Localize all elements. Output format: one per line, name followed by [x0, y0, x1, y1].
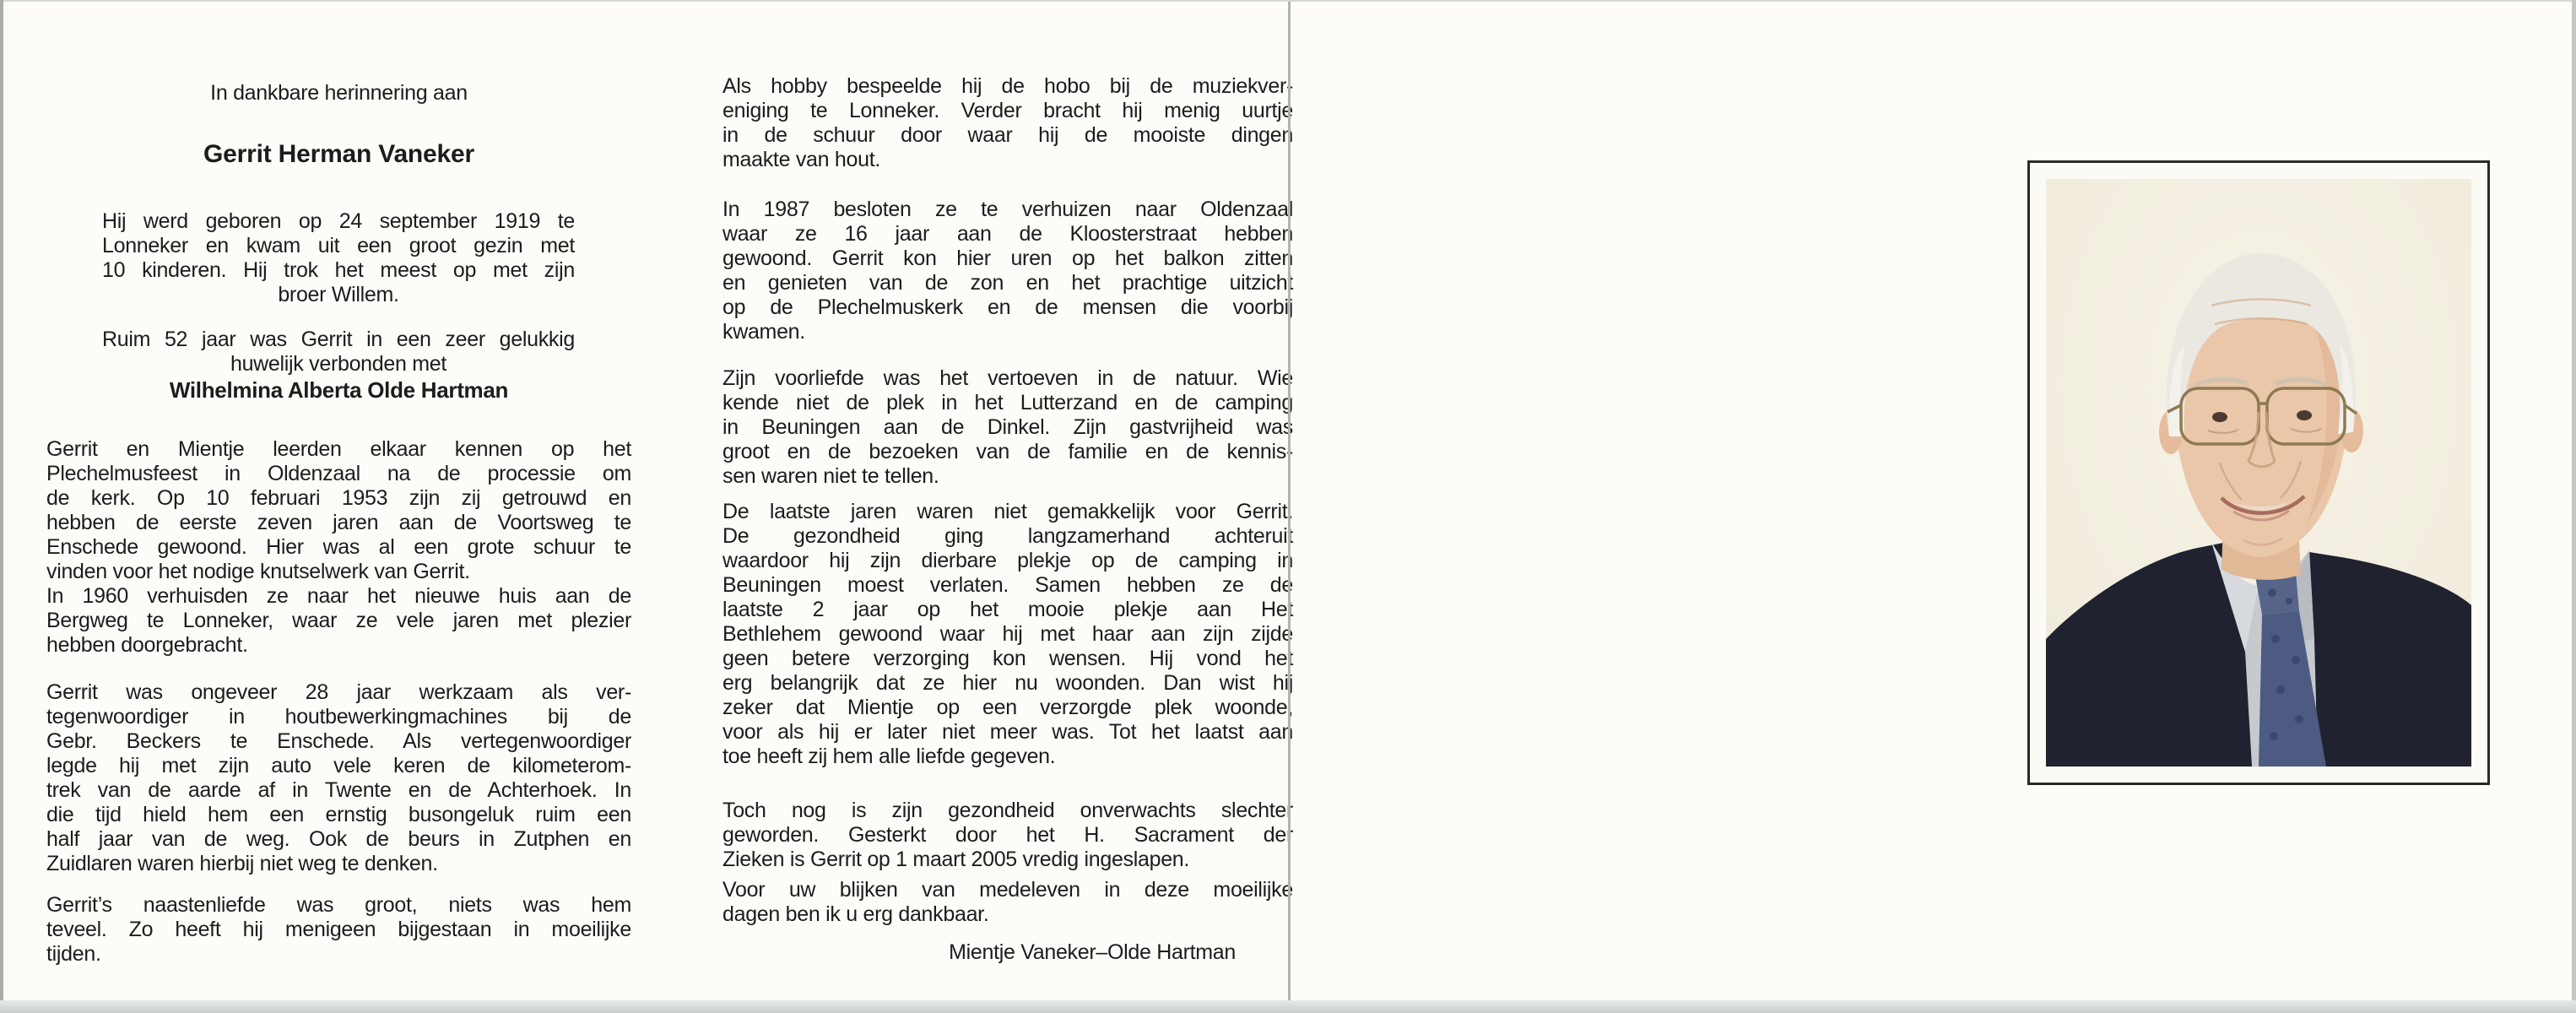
text-line: Enschede gewoond. Hier was al een grote …: [46, 535, 631, 560]
text-line: in de schuur door waar hij de mooiste di…: [722, 123, 1293, 148]
middle-text-column: Als hobby bespeelde hij de hobo bij de m…: [722, 0, 1293, 1013]
text-line: erg belangrijk dat ze hier nu woonden. D…: [722, 671, 1293, 696]
signature: Mientje Vaneker–Olde Hartman: [722, 940, 1293, 965]
text-line: trek van de aarde af in Twente en de Ach…: [46, 778, 631, 803]
text-line: maakte van hout.: [722, 148, 1293, 172]
text-line: sen waren niet te tellen.: [722, 464, 1293, 489]
memorial-paragraph: In 1987 besloten ze te verhuizen naar Ol…: [722, 198, 1293, 344]
text-line: huwelijk verbonden met: [102, 352, 575, 376]
text-line: Bergweg te Lonneker, waar ze vele jaren …: [46, 609, 631, 633]
text-line: tijden.: [46, 942, 631, 967]
text-line: Lonneker en kwam uit een groot gezin met: [102, 234, 575, 258]
memorial-paragraph: Gerrit’s naastenliefde was groot, niets …: [46, 893, 631, 967]
intro-line: In dankbare herinnering aan: [46, 81, 631, 106]
text-line: dagen ben ik u erg dankbaar.: [722, 902, 1293, 927]
text-line: Ruim 52 jaar was Gerrit in een zeer gelu…: [102, 328, 575, 352]
text-line: Hij werd geboren op 24 september 1919 te: [102, 209, 575, 234]
text-line: de kerk. Op 10 februari 1953 zijn zij ge…: [46, 486, 631, 511]
text-line: broer Willem.: [102, 283, 575, 307]
text-line: Plechelmusfeest in Oldenzaal na de proce…: [46, 462, 631, 486]
text-line: gewoond. Gerrit kon hier uren op het bal…: [722, 246, 1293, 271]
text-line: op de Plechelmuskerk en de mensen die vo…: [722, 295, 1293, 320]
text-line: geen betere verzorging kon wensen. Hij v…: [722, 647, 1293, 671]
text-line: Zieken is Gerrit op 1 maart 2005 vredig …: [722, 848, 1293, 872]
text-line: Toch nog is zijn gezondheid onverwachts …: [722, 799, 1293, 823]
memorial-paragraph: Zijn voorliefde was het vertoeven in de …: [722, 366, 1293, 489]
scan-edge-right: [2572, 0, 2576, 1013]
text-line: Gerrit en Mientje leerden elkaar kennen …: [46, 437, 631, 462]
text-line: Voor uw blijken van medeleven in deze mo…: [722, 878, 1293, 902]
text-line: geworden. Gesterkt door het H. Sacrament…: [722, 823, 1293, 848]
scan-edge-top: [0, 0, 2576, 2]
portrait-illustration: [2046, 179, 2471, 767]
marriage-paragraph: Ruim 52 jaar was Gerrit in een zeer gelu…: [102, 328, 575, 376]
text-line: hebben de eerste zeven jaren aan de Voor…: [46, 511, 631, 535]
text-line: Bethlehem gewoond waar hij met haar aan …: [722, 622, 1293, 647]
text-line: waar ze 16 jaar aan de Kloosterstraat he…: [722, 222, 1293, 246]
text-line: teveel. Zo heeft hij menigeen bijgestaan…: [46, 918, 631, 942]
memorial-paragraph: De laatste jaren waren niet gemakkelijk …: [722, 500, 1293, 769]
text-line: In 1987 besloten ze te verhuizen naar Ol…: [722, 198, 1293, 222]
text-line: In 1960 verhuisden ze naar het nieuwe hu…: [46, 584, 631, 609]
memorial-card-scan: In dankbare herinnering aan Gerrit Herma…: [0, 0, 2576, 1013]
text-line: laatste 2 jaar op het mooie plekje aan H…: [722, 598, 1293, 622]
memorial-paragraph: Gerrit en Mientje leerden elkaar kennen …: [46, 437, 631, 584]
text-line: Gerrit’s naastenliefde was groot, niets …: [46, 893, 631, 918]
text-line: 10 kinderen. Hij trok het meest op met z…: [102, 258, 575, 283]
deceased-name: Gerrit Herman Vaneker: [46, 142, 631, 166]
text-line: zeker dat Mientje op een verzorgde plek …: [722, 696, 1293, 720]
text-line: groot en de bezoeken van de familie en d…: [722, 440, 1293, 464]
text-line: Als hobby bespeelde hij de hobo bij de m…: [722, 74, 1293, 99]
text-line: vinden voor het nodige knutselwerk van G…: [46, 560, 631, 584]
text-line: eniging te Lonneker. Verder bracht hij m…: [722, 99, 1293, 123]
text-line: voor als hij er later niet meer was. Tot…: [722, 720, 1293, 745]
memorial-paragraph: Gerrit was ongeveer 28 jaar werkzaam als…: [46, 680, 631, 876]
text-line: waardoor hij zijn dierbare plekje op de …: [722, 549, 1293, 573]
text-line: Gebr. Beckers te Enschede. Als vertegenw…: [46, 729, 631, 754]
memorial-paragraph: Als hobby bespeelde hij de hobo bij de m…: [722, 74, 1293, 172]
text-line: Gerrit was ongeveer 28 jaar werkzaam als…: [46, 680, 631, 705]
text-line: toe heeft zij hem alle liefde gegeven.: [722, 745, 1293, 769]
text-line: kende niet de plek in het Lutterzand en …: [722, 391, 1293, 415]
text-line: Beuningen moest verlaten. Samen hebben z…: [722, 573, 1293, 598]
text-line: in Beuningen aan de Dinkel. Zijn gastvri…: [722, 415, 1293, 440]
left-text-column: In dankbare herinnering aan Gerrit Herma…: [46, 0, 631, 1013]
card-fold-line: [1288, 0, 1291, 1013]
scan-edge-bottom: [0, 1000, 2576, 1013]
text-line: half jaar van de weg. Ook de beurs in Zu…: [46, 827, 631, 852]
text-line: Zijn voorliefde was het vertoeven in de …: [722, 366, 1293, 391]
text-line: hebben doorgebracht.: [46, 633, 631, 658]
birth-paragraph: Hij werd geboren op 24 september 1919 te…: [102, 209, 575, 307]
text-line: De gezondheid ging langzamerhand achteru…: [722, 524, 1293, 549]
memorial-paragraph: In 1960 verhuisden ze naar het nieuwe hu…: [46, 584, 631, 658]
memorial-paragraph: Toch nog is zijn gezondheid onverwachts …: [722, 799, 1293, 872]
text-line: Zuidlaren waren hierbij niet weg te denk…: [46, 852, 631, 876]
text-line: legde hij met zijn auto vele keren de ki…: [46, 754, 631, 778]
scan-edge-left: [0, 0, 3, 1013]
text-line: tegenwoordiger in houtbewerkingmachines …: [46, 705, 631, 729]
text-line: kwamen.: [722, 320, 1293, 344]
text-line: De laatste jaren waren niet gemakkelijk …: [722, 500, 1293, 524]
memorial-paragraph: Voor uw blijken van medeleven in deze mo…: [722, 878, 1293, 927]
spouse-name: Wilhelmina Alberta Olde Hartman: [46, 378, 631, 403]
photo-frame: [2027, 160, 2490, 785]
text-line: die tijd hield hem een ernstig busongelu…: [46, 803, 631, 827]
portrait-photo: [2046, 179, 2471, 767]
text-line: en genieten van de zon en het prachtige …: [722, 271, 1293, 295]
